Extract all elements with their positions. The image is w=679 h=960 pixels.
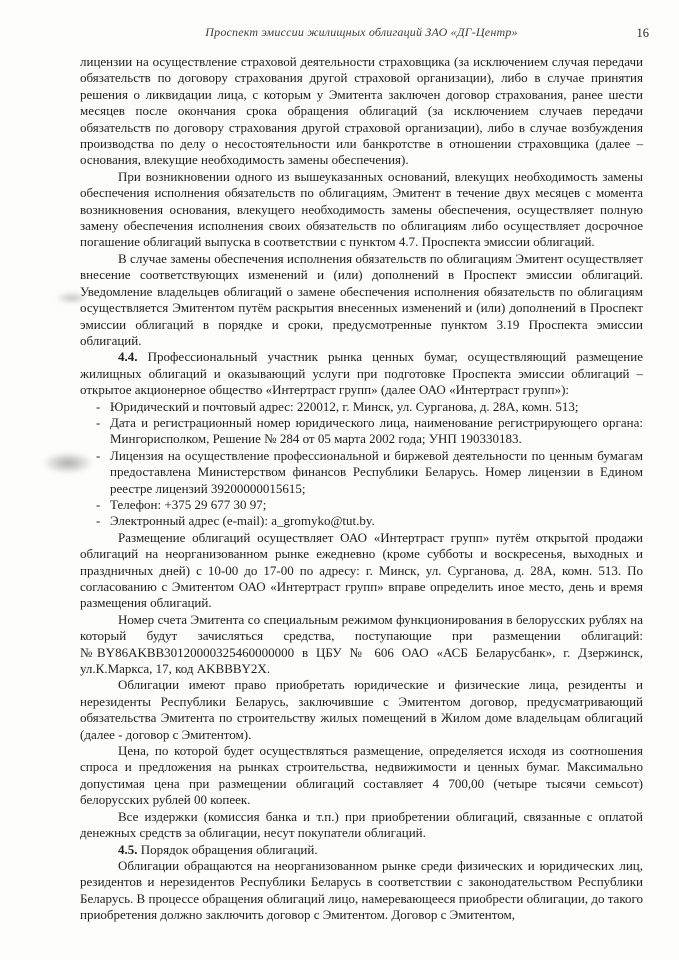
dash-marker: - [96,399,110,415]
list-item: - Юридический и почтовый адрес: 220012, … [80,399,643,415]
dash-marker: - [96,513,110,529]
paragraph-license-continuation: лицензии на осуществление страховой деят… [80,54,643,169]
paragraph-costs: Все издержки (комиссия банка и т.п.) при… [80,809,643,842]
document-page: Проспект эмиссии жилищных облигаций ЗАО … [0,0,679,960]
paragraph-price: Цена, по которой будет осуществляться ра… [80,743,643,809]
intertrust-details-list: - Юридический и почтовый адрес: 220012, … [80,399,643,530]
section-4-5-heading-paragraph: 4.5. Порядок обращения облигаций. [80,842,643,858]
document-body: лицензии на осуществление страховой деят… [80,54,643,924]
list-item: - Электронный адрес (e-mail): a_gromyko@… [80,513,643,529]
list-item-license: Лицензия на осуществление профессиональн… [110,448,643,497]
list-item-registration: Дата и регистрационный номер юридическог… [110,415,643,448]
dash-marker: - [96,448,110,464]
section-4-4-heading-paragraph: 4.4. Профессиональный участник рынка цен… [80,349,643,398]
section-4-5-text: Порядок обращения облигаций. [141,842,318,857]
dash-marker: - [96,415,110,431]
paragraph-circulation: Облигации обращаются на неорганизованном… [80,858,643,924]
section-number-4-5: 4.5. [118,842,138,857]
page-number: 16 [637,26,650,41]
list-item-address: Юридический и почтовый адрес: 220012, г.… [110,399,643,415]
paragraph-replacement-grounds: При возникновении одного из вышеуказанны… [80,169,643,251]
list-item: - Телефон: +375 29 677 30 97; [80,497,643,513]
list-item: - Лицензия на осуществление профессионал… [80,448,643,497]
section-number-4-4: 4.4. [118,349,138,364]
list-item-email: Электронный адрес (e-mail): a_gromyko@tu… [110,513,643,529]
paragraph-placement: Размещение облигаций осуществляет ОАО «И… [80,530,643,612]
paragraph-eligible-buyers: Облигации имеют право приобретать юридич… [80,677,643,743]
dash-marker: - [96,497,110,513]
paragraph-notification: В случае замены обеспечения исполнения о… [80,251,643,349]
page-header: Проспект эмиссии жилищных облигаций ЗАО … [80,25,643,43]
list-item-phone: Телефон: +375 29 677 30 97; [110,497,643,513]
paragraph-account-number: Номер счета Эмитента со специальным режи… [80,612,643,678]
running-title: Проспект эмиссии жилищных облигаций ЗАО … [80,25,643,40]
section-4-4-text: Профессиональный участник рынка ценных б… [80,349,643,397]
list-item: - Дата и регистрационный номер юридическ… [80,415,643,448]
